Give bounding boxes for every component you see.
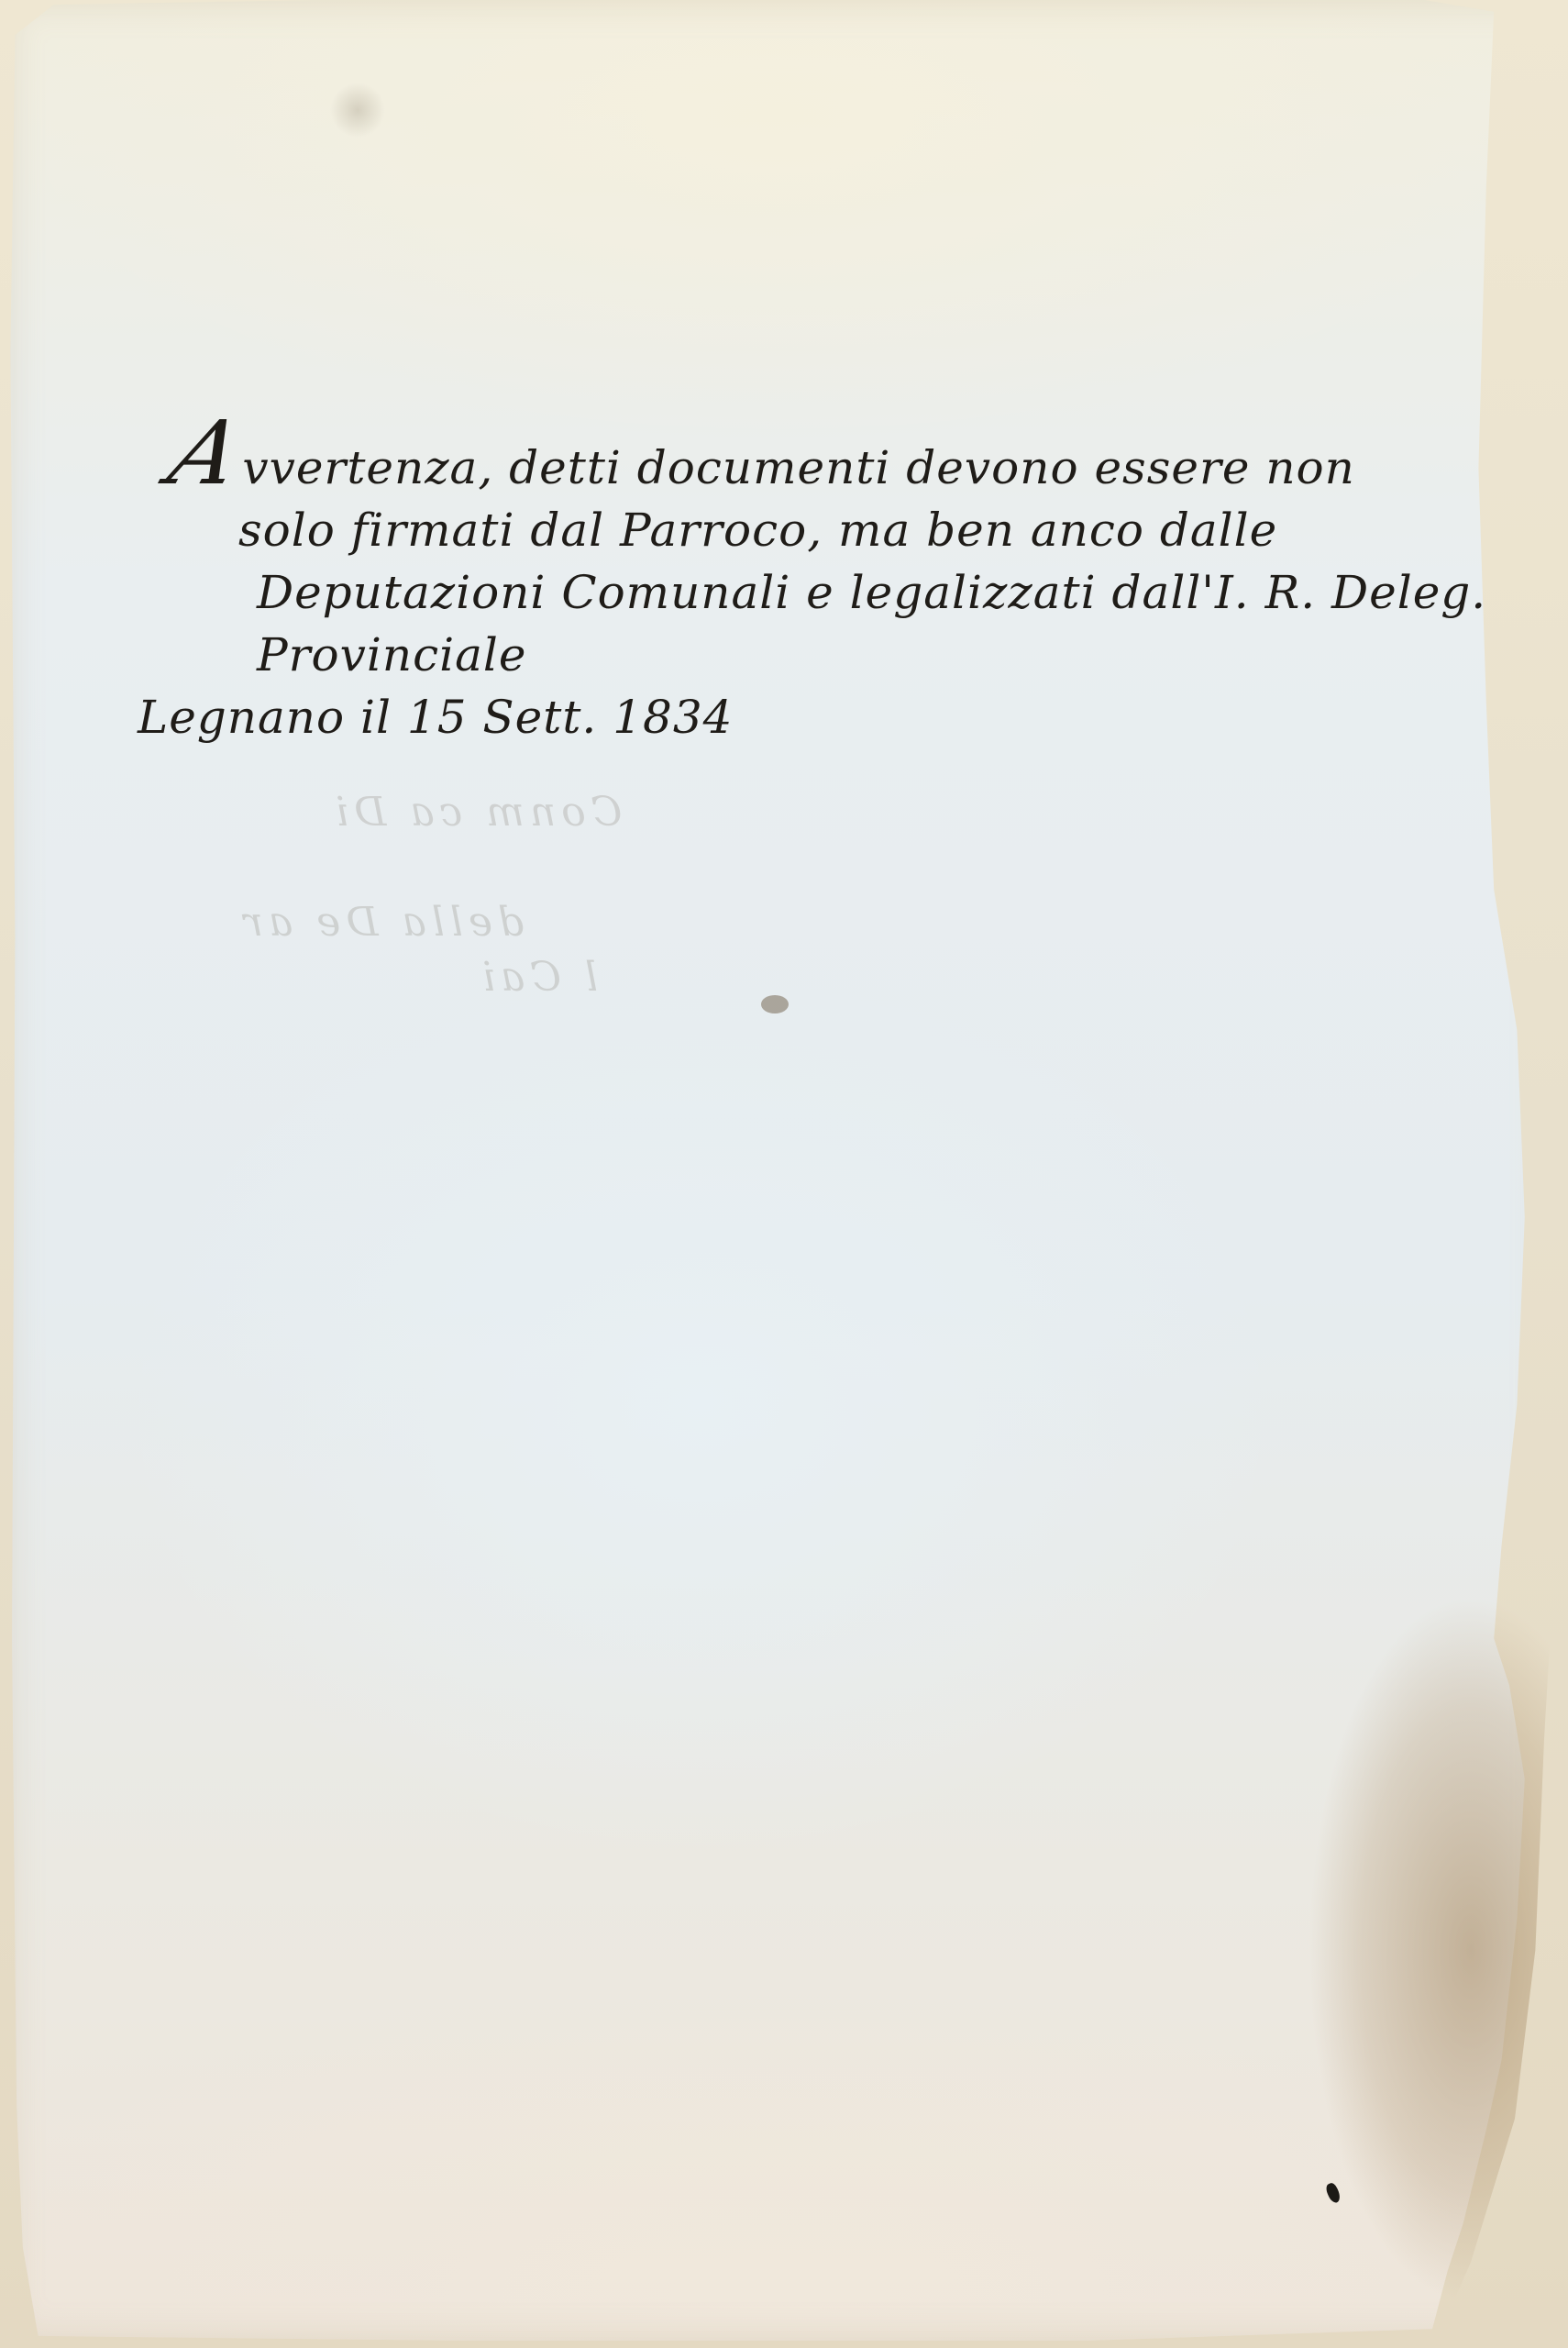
note-line-3: Deputazioni Comunali e legalizzati dall'… [257, 561, 1531, 624]
note-line-4: Provinciale [257, 624, 1531, 686]
note-line-1-text: vvertenza, detti documenti devono essere… [242, 441, 1355, 494]
bleed-through-text: Conm ca Di [330, 789, 622, 836]
ink-smudge [761, 995, 789, 1013]
place-and-date-line: Legnano il 15 Sett. 1834 [138, 686, 1531, 748]
stain-top-mark [330, 83, 385, 138]
note-line-1: Avvertenza, detti documenti devono esser… [174, 422, 1531, 499]
handwritten-note: Avvertenza, detti documenti devono esser… [156, 422, 1531, 748]
note-line-2: solo firmati dal Parroco, ma ben anco da… [238, 499, 1531, 561]
bleed-through-text: della De ar [238, 899, 524, 946]
decorated-initial: A [164, 422, 248, 484]
bleed-through-text: l Cai [477, 954, 598, 1001]
paper-sheet [7, 0, 1548, 2341]
